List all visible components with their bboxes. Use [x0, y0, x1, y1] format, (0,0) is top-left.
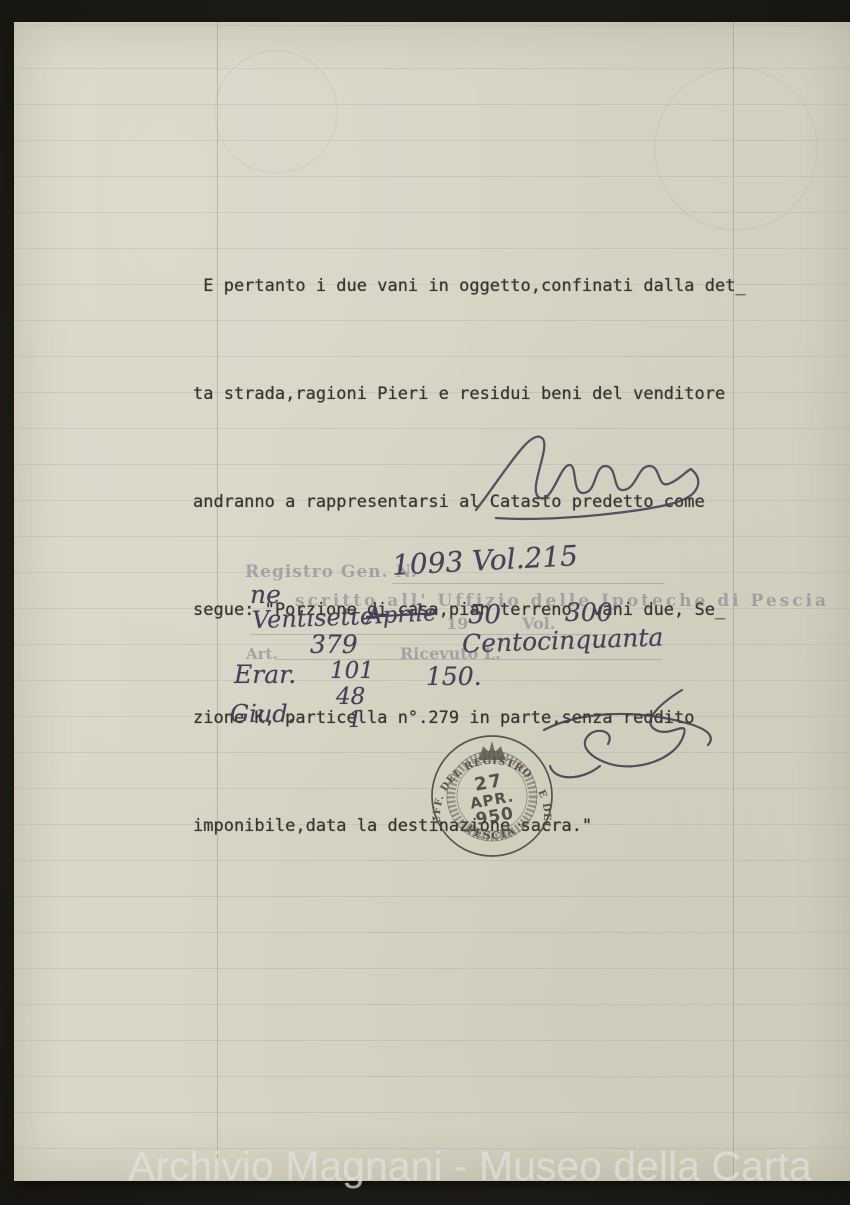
handwritten-art-value: 379 — [310, 630, 358, 659]
handwritten-giud-value: 1 — [348, 708, 362, 733]
document-scan: E pertanto i due vani in oggetto,confina… — [0, 0, 850, 1205]
signature-official — [538, 684, 742, 798]
signature-notary — [466, 408, 710, 532]
handwritten-add-value: 48 — [336, 684, 365, 710]
handwritten-month-word: Aprile — [365, 600, 437, 630]
paper-sheet: E pertanto i due vani in oggetto,confina… — [14, 22, 850, 1181]
handwritten-total-value: 150. — [426, 662, 482, 691]
form-underline — [392, 583, 664, 584]
archive-watermark: Archivio Magnani - Museo della Carta — [128, 1143, 812, 1190]
blind-emboss-mark — [214, 50, 338, 174]
handwritten-erar-value: 101 — [330, 658, 374, 684]
handwritten-erar-label: Erar. — [234, 660, 296, 689]
handwritten-giud-label: Giud. — [230, 700, 295, 728]
typewritten-line: E pertanto i due vani in oggetto,confina… — [193, 268, 793, 304]
handwritten-year-suffix: 50 — [468, 600, 501, 630]
handwritten-vol-value: 300 — [565, 598, 613, 627]
typewritten-line: ta strada,ragioni Pieri e residui beni d… — [193, 376, 793, 412]
